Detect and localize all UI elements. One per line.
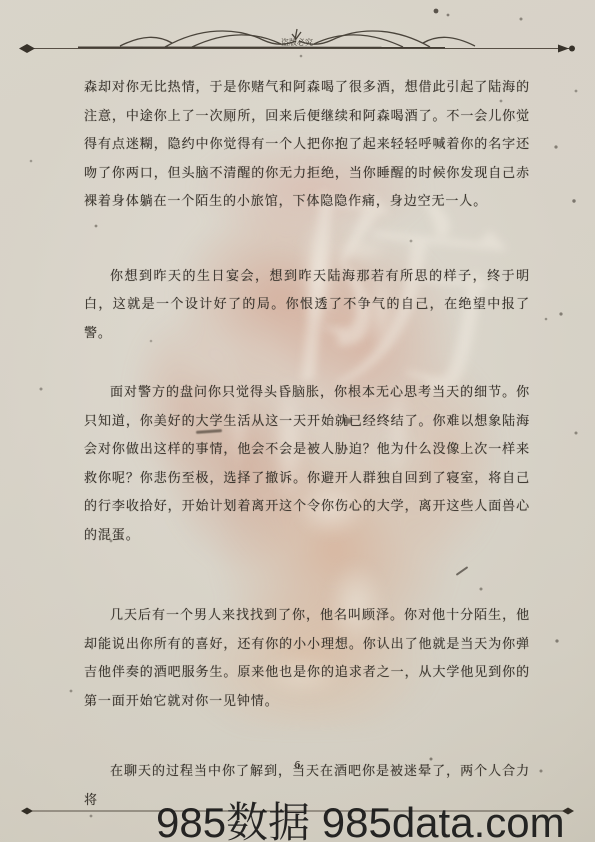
paragraph-1: 森却对你无比热情，于是你赌气和阿森喝了很多酒，想借此引起了陆海的注意，中途你上了… [84,74,530,217]
rule-end-diamond-left [19,44,35,53]
rule-end-diamond-left [21,808,33,815]
header-ornament: 盗版必究 [0,0,595,72]
paragraph-4: 几天后有一个男人来找找到了你，他名叫顾泽。你对他十分陌生，他却能说出你所有的喜好… [84,602,530,716]
story-text: 森却对你无比热情，于是你赌气和阿森喝了很多酒，想借此引起了陆海的注意，中途你上了… [84,74,530,815]
site-watermark-text: 985数据 985data.com [156,790,565,842]
anti-piracy-notice: 盗版必究 [281,37,313,47]
rule-end-arrow-right [558,45,569,53]
paragraph-2: 你想到昨天的生日宴会，想到昨天陆海那若有所思的样子，终于明白，这就是一个设计好了… [84,263,530,349]
scanned-document-page: 防 盗版必究 森却对你无比热情，于是你赌气和阿森喝了很多酒，想借此引起了陆海的注… [0,0,595,842]
page-number: 6 [0,760,595,771]
rule-end-dot-right [569,46,575,52]
paragraph-3: 面对警方的盘问你只觉得头昏脑胀，你根本无心思考当天的细节。你只知道，你美好的大学… [84,379,530,550]
